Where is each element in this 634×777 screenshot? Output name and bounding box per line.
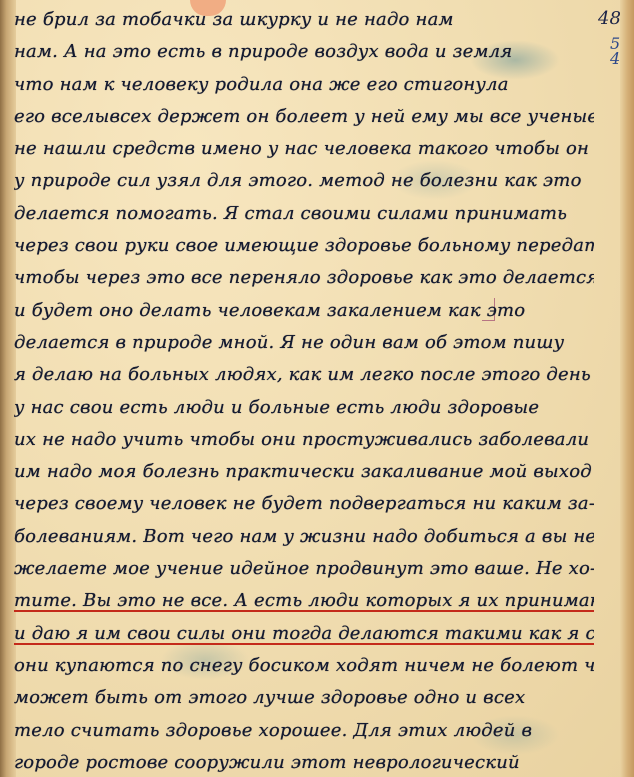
text-line: я делаю на больных людях, как им легко п… — [14, 359, 594, 391]
text-line: болеваниям. Вот чего нам у жизни надо до… — [14, 521, 594, 553]
page-right-edge — [620, 0, 634, 777]
text-line: их не надо учить чтобы они простуживалис… — [14, 424, 594, 456]
text-line: они купаются по снегу босиком ходят ниче… — [14, 650, 594, 682]
text-line: у нас свои есть люди и больные есть люди… — [14, 392, 594, 424]
text-line: желаете мое учение идейное продвинут это… — [14, 553, 594, 585]
text-line-underlined: и даю я им свои силы они тогда делаются … — [14, 618, 594, 650]
text-line: делается помогать. Я стал своими силами … — [14, 198, 594, 230]
text-line-underlined: тите. Вы это не все. А есть люди которых… — [14, 585, 594, 617]
text-line: не нашли средств имено у нас человека та… — [14, 133, 594, 165]
text-line: тело считать здоровье хорошее. Для этих … — [14, 715, 594, 747]
text-line: через своему человек не будет подвергать… — [14, 488, 594, 520]
text-line: им надо моя болезнь практически закалива… — [14, 456, 594, 488]
text-line: городе ростове сооружили этот неврологич… — [14, 747, 594, 777]
text-line: нам. А на это есть в природе воздух вода… — [14, 36, 594, 68]
text-line: его вселывсех держет он болеет у ней ему… — [14, 101, 594, 133]
text-line: что нам к человеку родила она же его сти… — [14, 69, 594, 101]
text-line: чтобы через это все переняло здоровье ка… — [14, 262, 594, 294]
text-line: делается в природе мной. Я не один вам о… — [14, 327, 594, 359]
text-line: через свои руки свое имеющие здоровье бо… — [14, 230, 594, 262]
handwritten-text-block: не брил за тобачки за шкурку и не надо н… — [14, 4, 594, 777]
text-line: и будет оно делать человекам закалением … — [14, 295, 594, 327]
text-line: не брил за тобачки за шкурку и не надо н… — [14, 4, 594, 36]
text-line: может быть от этого лучше здоровье одно … — [14, 682, 594, 714]
margin-note: 54 — [610, 36, 622, 66]
text-line: у природе сил узял для этого. метод не б… — [14, 165, 594, 197]
manuscript-page: 48 54 не брил за тобачки за шкурку и не … — [0, 0, 634, 777]
page-number: 48 — [598, 8, 621, 29]
